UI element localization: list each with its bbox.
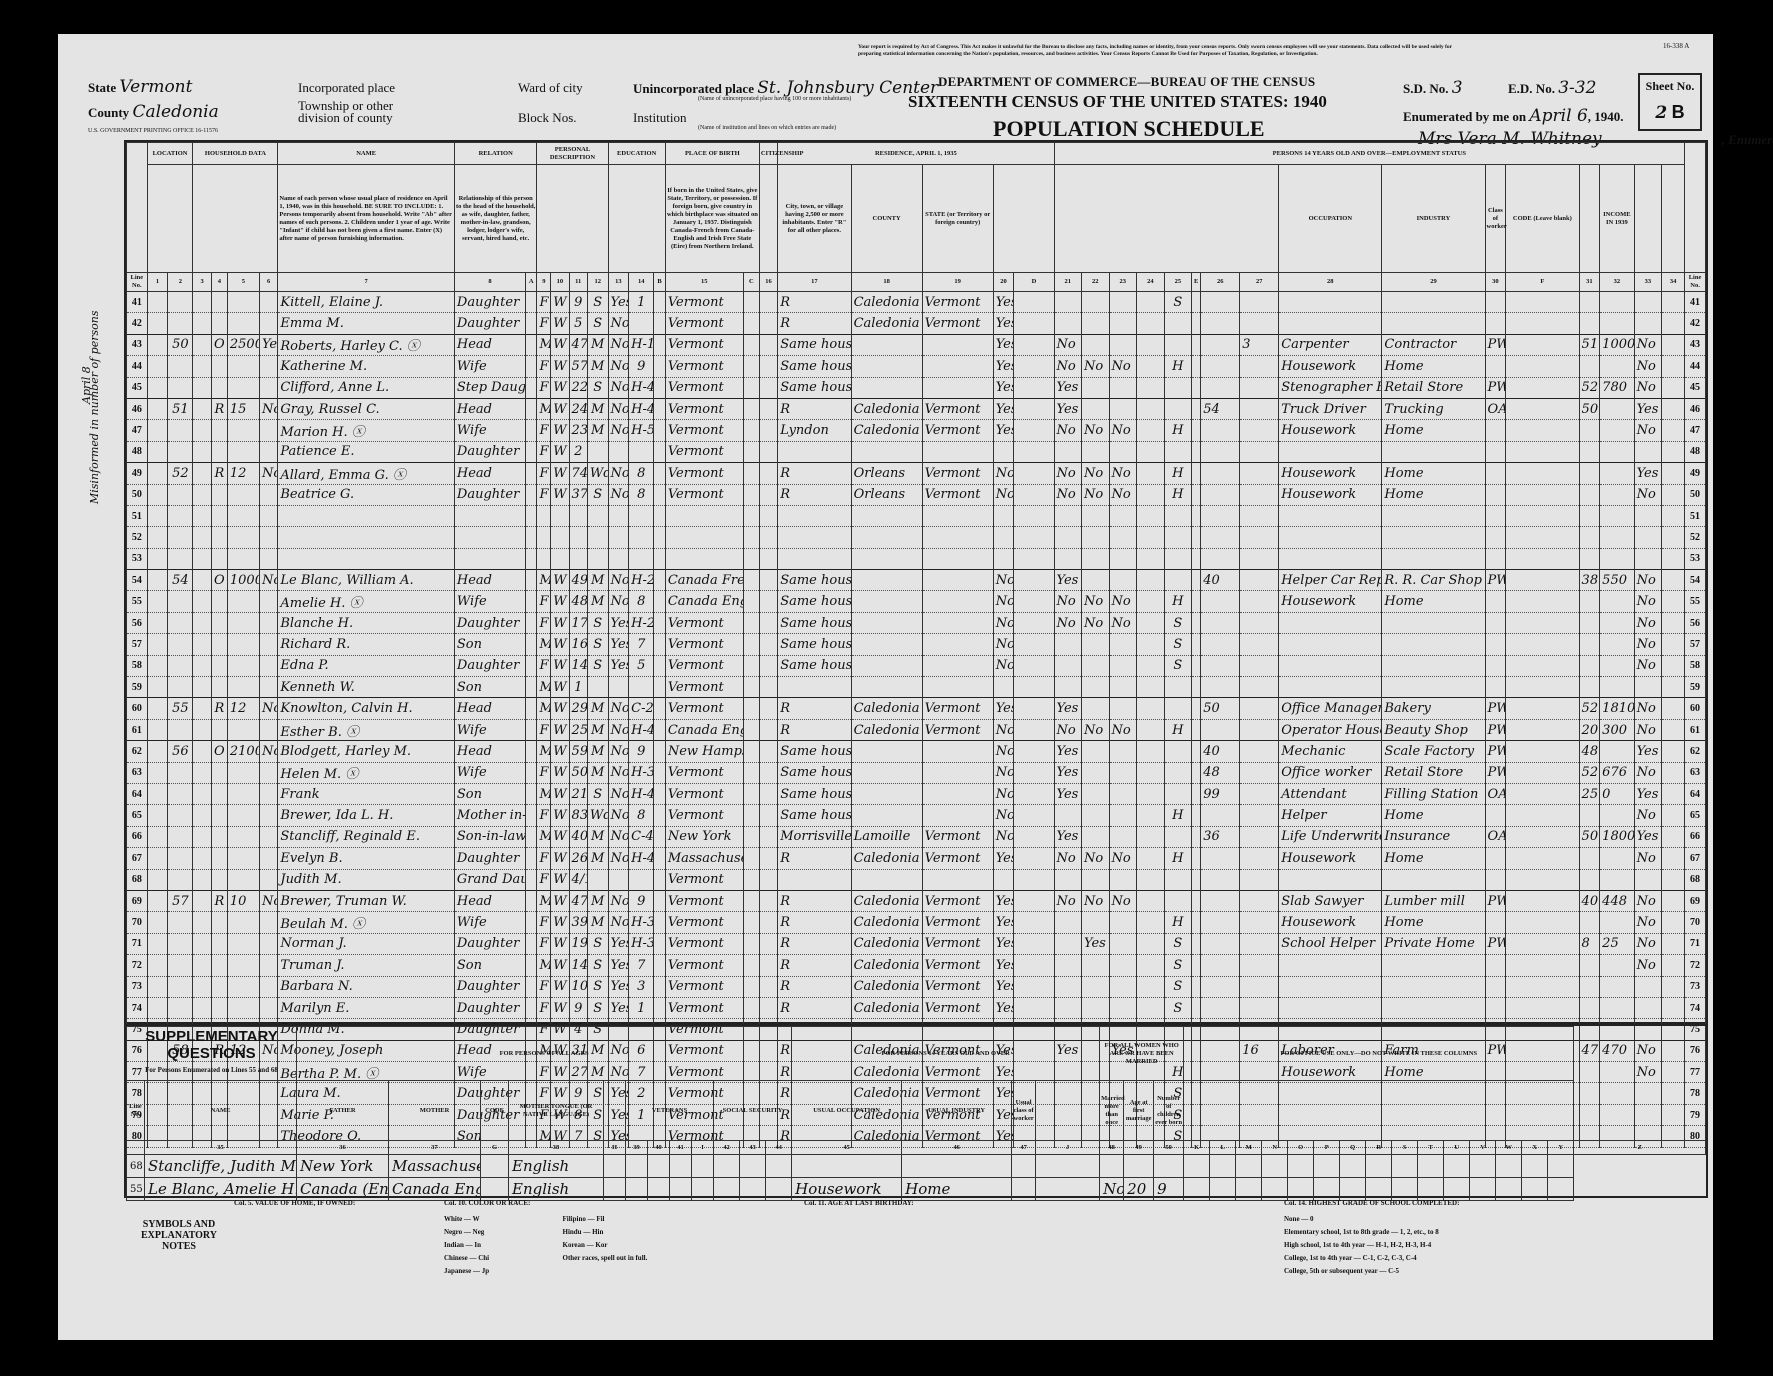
cell-industry (1382, 313, 1485, 334)
cell-street (147, 548, 168, 569)
cell-farm: No (259, 570, 277, 591)
cell-codeC (743, 548, 759, 569)
cell-marital (587, 869, 608, 890)
cell-cit (759, 484, 777, 505)
cell-c25: S (1164, 997, 1192, 1018)
cell-codeA (525, 997, 536, 1018)
cell-street (147, 890, 168, 911)
cell-sex (537, 527, 551, 548)
cell-hh-no (193, 826, 211, 847)
cell-school: No (608, 698, 629, 719)
cell-name: Helen M. ⓧ (278, 762, 455, 783)
cell-value (227, 548, 259, 569)
supp-column-number: J (1036, 1141, 1100, 1155)
cell-line: 60 (127, 698, 148, 719)
cell-value (227, 783, 259, 804)
cell-codeE (1192, 976, 1201, 997)
cell-other: No (1634, 762, 1662, 783)
cell-codeA (525, 612, 536, 633)
cell-cit (759, 719, 777, 740)
supp-women: FOR ALL WOMEN WHO ARE OR HAVE BEEN MARRI… (1100, 1027, 1184, 1081)
cell-res-city: Same house (778, 805, 851, 826)
cell-other: No (1634, 698, 1662, 719)
cell-other (1634, 292, 1662, 313)
cell-other: Yes (1634, 398, 1662, 419)
cell-birth: Vermont (665, 463, 743, 484)
supp-cell-s43 (740, 1178, 766, 1201)
office-use-cell (1548, 1155, 1574, 1178)
cell-codeC (743, 741, 759, 762)
cell-farm-no (1662, 441, 1685, 462)
cell-farm35: No (993, 741, 1014, 762)
cell-farm (259, 441, 277, 462)
cell-res-city: R (778, 398, 851, 419)
cell-value (227, 292, 259, 313)
cell-line: 68 (127, 869, 148, 890)
cell-other: No (1634, 805, 1662, 826)
cell-wages: 1800 (1600, 826, 1634, 847)
grade-code: College, 5th or subsequent year — C-5 (1284, 1265, 1439, 1278)
cell-industry (1382, 612, 1485, 633)
cell-farm (259, 805, 277, 826)
supp-cell-code (481, 1155, 509, 1178)
enumerated-year: , 1940. (1588, 109, 1624, 124)
cell-c24 (1137, 463, 1165, 484)
cell-res-state: Vermont (922, 313, 993, 334)
cell-weeks-unemp (1240, 484, 1279, 505)
cell-relation: Head (454, 570, 525, 591)
column-number: 6 (259, 273, 277, 292)
cell-res-city: R (778, 698, 851, 719)
table-row: 5353 (127, 548, 1706, 569)
cell-school: Yes (608, 655, 629, 676)
cell-c24 (1137, 890, 1165, 911)
cell-school: No (608, 484, 629, 505)
supp-column-number: 37 (389, 1141, 481, 1155)
cell-farm (259, 677, 277, 698)
cell-farm35: No (993, 484, 1014, 505)
cell-farm: Yes (259, 334, 277, 355)
column-number: 9 (537, 273, 551, 292)
cell-school: No (608, 848, 629, 869)
cell-weeks (1579, 612, 1600, 633)
cell-res-state (922, 548, 993, 569)
cell-marital: M (587, 591, 608, 612)
cell-other (1634, 677, 1662, 698)
cell-own (211, 805, 227, 826)
cell-age: 74 (569, 463, 587, 484)
cell-race: W (551, 591, 569, 612)
cell-wages (1600, 420, 1634, 441)
cell-class (1485, 292, 1506, 313)
cell-res-county: Caledonia (851, 719, 922, 740)
cell-birth: New Hampshire (665, 741, 743, 762)
office-use-cell (1392, 1155, 1418, 1178)
supp-cell-line: 68 (127, 1155, 145, 1178)
cell-codeA (525, 356, 536, 377)
cell-occupation: Housework (1279, 912, 1382, 933)
cell-weeks (1579, 677, 1600, 698)
cell-name: Amelie H. ⓧ (278, 591, 455, 612)
cell-codeA (525, 420, 536, 441)
column-number: 27 (1240, 273, 1279, 292)
sheet-number-box: Sheet No. 2 B (1638, 73, 1702, 131)
supp-h-name: NAME (145, 1081, 297, 1141)
cell-line: 55 (1685, 591, 1706, 612)
table-row: 72Truman J.SonMW14SYes7VermontRCaledonia… (127, 955, 1706, 976)
office-use-cell (1522, 1178, 1548, 1201)
cell-res-city: R (778, 484, 851, 505)
cell-res-state (922, 377, 993, 398)
cell-weeks: 38 (1579, 570, 1600, 591)
cell-codeB (654, 313, 665, 334)
cell-house: 57 (168, 890, 193, 911)
cell-birth: Vermont (665, 805, 743, 826)
cell-line: 61 (127, 719, 148, 740)
column-number: 7 (278, 273, 455, 292)
cell-street (147, 805, 168, 826)
cell-marital: M (587, 719, 608, 740)
supp-cell-j (1036, 1178, 1100, 1201)
cell-industry: Home (1382, 463, 1485, 484)
cell-industry: Beauty Shop (1382, 719, 1485, 740)
cell-res-state: Vermont (922, 398, 993, 419)
cell-age: 10 (569, 976, 587, 997)
cell-hours (1201, 356, 1240, 377)
cell-hours: 99 (1201, 783, 1240, 804)
cell-codeE (1192, 313, 1201, 334)
supp-cell-h (604, 1178, 626, 1201)
cell-codeF (1506, 548, 1579, 569)
grade-code: College, 1st to 4th year — C-1, C-2, C-3… (1284, 1252, 1439, 1265)
cell-hh-no (193, 292, 211, 313)
cell-c22: No (1082, 719, 1110, 740)
cell-codeE (1192, 719, 1201, 740)
cell-grade (629, 527, 654, 548)
cell-codeD (1014, 313, 1054, 334)
cell-grade: H-2 (629, 612, 654, 633)
cell-occupation: Life Underwriter (1279, 826, 1382, 847)
cell-other: Yes (1634, 826, 1662, 847)
cell-value (227, 719, 259, 740)
cell-codeF (1506, 655, 1579, 676)
cell-hh-no (193, 677, 211, 698)
cell-c24 (1137, 741, 1165, 762)
supp-column-number: V (1470, 1141, 1496, 1155)
cell-res-county (851, 334, 922, 355)
cell-house (168, 420, 193, 441)
supp-column-number: Z (1574, 1141, 1706, 1155)
cell-house (168, 869, 193, 890)
cell-c23 (1109, 398, 1137, 419)
cell-street (147, 741, 168, 762)
cell-res-county (851, 762, 922, 783)
cell-other: No (1634, 570, 1662, 591)
cell-other: No (1634, 484, 1662, 505)
cell-house (168, 826, 193, 847)
cell-hours (1201, 612, 1240, 633)
supp-column-number: 50 (1154, 1141, 1184, 1155)
cell-codeE (1192, 441, 1201, 462)
cell-grade (629, 313, 654, 334)
cell-value (227, 955, 259, 976)
name-instructions: Name of each person whose usual place of… (278, 165, 455, 273)
cell-class (1485, 612, 1506, 633)
cell-value (227, 527, 259, 548)
cell-marital (587, 548, 608, 569)
cell-street (147, 783, 168, 804)
supp-h-class: Usual class of worker (1012, 1081, 1036, 1141)
cell-codeB (654, 826, 665, 847)
cell-line: 64 (1685, 783, 1706, 804)
cell-c21 (1054, 997, 1082, 1018)
table-row: 5252 (127, 527, 1706, 548)
supp-cell-occupation: Housework (792, 1178, 902, 1201)
cell-age: 59 (569, 741, 587, 762)
cell-value (227, 420, 259, 441)
cell-house: 52 (168, 463, 193, 484)
cell-c25 (1164, 441, 1192, 462)
cell-farm35: Yes (993, 377, 1014, 398)
cell-birth: Vermont (665, 869, 743, 890)
cell-value: 2500 (227, 334, 259, 355)
cell-hh-no (193, 741, 211, 762)
cell-line: 63 (1685, 762, 1706, 783)
supp-cell-h (604, 1155, 626, 1178)
cell-house: 55 (168, 698, 193, 719)
cell-relation: Daughter (454, 848, 525, 869)
cell-res-county (851, 591, 922, 612)
cell-wages: 448 (1600, 890, 1634, 911)
cell-value (227, 591, 259, 612)
cell-class: PW (1485, 762, 1506, 783)
cell-sex: F (537, 441, 551, 462)
race-code: Japanese — Jp (444, 1265, 556, 1278)
cell-house (168, 997, 193, 1018)
cell-farm-no (1662, 655, 1685, 676)
cell-grade: 3 (629, 976, 654, 997)
cell-name: Beulah M. ⓧ (278, 912, 455, 933)
cell-own (211, 655, 227, 676)
cell-codeA (525, 484, 536, 505)
cell-school: Yes (608, 955, 629, 976)
cell-c24 (1137, 441, 1165, 462)
cell-wages (1600, 441, 1634, 462)
supp-cell-v41 (670, 1155, 692, 1178)
cell-c23 (1109, 869, 1137, 890)
cell-codeE (1192, 848, 1201, 869)
cell-weeks (1579, 441, 1600, 462)
cell-value (227, 848, 259, 869)
office-use-cell (1444, 1155, 1470, 1178)
cell-race: W (551, 783, 569, 804)
cell-c25: S (1164, 933, 1192, 954)
cell-race: W (551, 420, 569, 441)
cell-hours (1201, 591, 1240, 612)
cell-street (147, 334, 168, 355)
cell-codeA (525, 655, 536, 676)
cell-weeks-unemp (1240, 805, 1279, 826)
cell-occupation: Office worker (1279, 762, 1382, 783)
col17-header: City, town, or village having 2,500 or m… (778, 165, 851, 273)
cell-school: No (608, 912, 629, 933)
cell-codeD (1014, 612, 1054, 633)
cell-class (1485, 527, 1506, 548)
cell-codeE (1192, 505, 1201, 526)
cell-grade: H-2 (629, 570, 654, 591)
cell-occupation: Attendant (1279, 783, 1382, 804)
cell-school: No (608, 570, 629, 591)
cell-codeE (1192, 612, 1201, 633)
cell-weeks-unemp (1240, 505, 1279, 526)
supp-column-number: 46 (902, 1141, 1012, 1155)
cell-res-state (922, 634, 993, 655)
cell-codeE (1192, 655, 1201, 676)
cell-race: W (551, 356, 569, 377)
cell-hh-no (193, 548, 211, 569)
office-use-cell (1418, 1178, 1444, 1201)
supp-h-code: CODE (481, 1081, 509, 1141)
cell-own (211, 976, 227, 997)
cell-relation: Head (454, 398, 525, 419)
cell-codeD (1014, 420, 1054, 441)
cell-weeks-unemp: 3 (1240, 334, 1279, 355)
cell-codeA (525, 912, 536, 933)
cell-occupation (1279, 612, 1382, 633)
cell-res-county (851, 634, 922, 655)
cell-weeks (1579, 955, 1600, 976)
cell-c23 (1109, 783, 1137, 804)
cell-codeF (1506, 420, 1579, 441)
cell-cit (759, 377, 777, 398)
cell-sex: F (537, 484, 551, 505)
cell-value (227, 805, 259, 826)
cell-relation: Son (454, 634, 525, 655)
cell-race (551, 527, 569, 548)
cell-sex: M (537, 783, 551, 804)
cell-school: Yes (608, 634, 629, 655)
cell-street (147, 698, 168, 719)
cell-weeks (1579, 292, 1600, 313)
cell-res-city: R (778, 997, 851, 1018)
cell-codeC (743, 826, 759, 847)
cell-class (1485, 441, 1506, 462)
cell-c21 (1054, 805, 1082, 826)
cell-codeA (525, 762, 536, 783)
cell-res-county: Caledonia (851, 955, 922, 976)
cell-line: 73 (127, 976, 148, 997)
cell-farm-no (1662, 783, 1685, 804)
cell-res-city (778, 527, 851, 548)
column-number: C (743, 273, 759, 292)
cell-house: 54 (168, 570, 193, 591)
cell-own (211, 548, 227, 569)
cell-c24 (1137, 612, 1165, 633)
cell-line: 62 (127, 741, 148, 762)
cell-sex: F (537, 933, 551, 954)
cell-line: 50 (1685, 484, 1706, 505)
office-use-cell (1210, 1155, 1236, 1178)
cell-cit (759, 698, 777, 719)
cell-codeF (1506, 997, 1579, 1018)
cell-line: 44 (1685, 356, 1706, 377)
cell-line: 47 (127, 420, 148, 441)
cell-c21 (1054, 313, 1082, 334)
cell-hours (1201, 869, 1240, 890)
cell-res-city: Same house (778, 356, 851, 377)
supp-cell-name: Stancliffe, Judith M. (145, 1155, 297, 1178)
table-row: 70Beulah M. ⓧWifeFW39MNoH-3VermontRCaled… (127, 912, 1706, 933)
group-personal: PERSONAL DESCRIPTION (537, 143, 608, 165)
cell-house (168, 441, 193, 462)
cell-farm35: No (993, 762, 1014, 783)
cell-other: No (1634, 890, 1662, 911)
cell-c23: No (1109, 719, 1137, 740)
cell-name: Clifford, Anne L. (278, 377, 455, 398)
cell-farm (259, 377, 277, 398)
cell-house (168, 912, 193, 933)
cell-industry (1382, 955, 1485, 976)
cell-codeE (1192, 334, 1201, 355)
cell-wages (1600, 612, 1634, 633)
cell-own (211, 997, 227, 1018)
explanatory-notes: SYMBOLS AND EXPLANATORY NOTES Col. 5. VA… (124, 1199, 1704, 1289)
cell-codeA (525, 719, 536, 740)
cell-weeks-unemp (1240, 976, 1279, 997)
cell-codeF (1506, 741, 1579, 762)
cell-res-state (922, 783, 993, 804)
cell-own (211, 292, 227, 313)
cell-codeC (743, 805, 759, 826)
cell-res-state: Vermont (922, 955, 993, 976)
cell-c21: Yes (1054, 783, 1082, 804)
column-number: 34 (1662, 273, 1685, 292)
race-code: Other races, spell out in full. (563, 1252, 675, 1265)
cell-codeB (654, 912, 665, 933)
cell-line: 45 (127, 377, 148, 398)
cell-school: Yes (608, 933, 629, 954)
column-number: 20 (993, 273, 1014, 292)
cell-codeE (1192, 548, 1201, 569)
supp-column-number: M (1236, 1141, 1262, 1155)
cell-hh-no (193, 848, 211, 869)
cell-hh-no (193, 698, 211, 719)
supp-column-number: Q (1340, 1141, 1366, 1155)
cell-c24 (1137, 719, 1165, 740)
supp-column-number: 40 (648, 1141, 670, 1155)
cell-weeks-unemp (1240, 955, 1279, 976)
cell-c23 (1109, 933, 1137, 954)
cell-res-state (922, 741, 993, 762)
cell-age: 5 (569, 313, 587, 334)
cell-wages: 1810 (1600, 698, 1634, 719)
supp-cell-cls (1012, 1155, 1036, 1178)
cell-farm35: Yes (993, 848, 1014, 869)
cell-res-city: Same house (778, 612, 851, 633)
cell-school: No (608, 805, 629, 826)
cell-codeF (1506, 570, 1579, 591)
cell-race: W (551, 976, 569, 997)
cell-race: W (551, 826, 569, 847)
cell-farm (259, 848, 277, 869)
cell-res-city: Same house (778, 741, 851, 762)
cell-farm35: Yes (993, 912, 1014, 933)
township-label: Township or other division of county (298, 100, 418, 124)
cell-farm35 (993, 441, 1014, 462)
cell-res-state: Vermont (922, 698, 993, 719)
cell-farm35: Yes (993, 313, 1014, 334)
cell-class (1485, 955, 1506, 976)
